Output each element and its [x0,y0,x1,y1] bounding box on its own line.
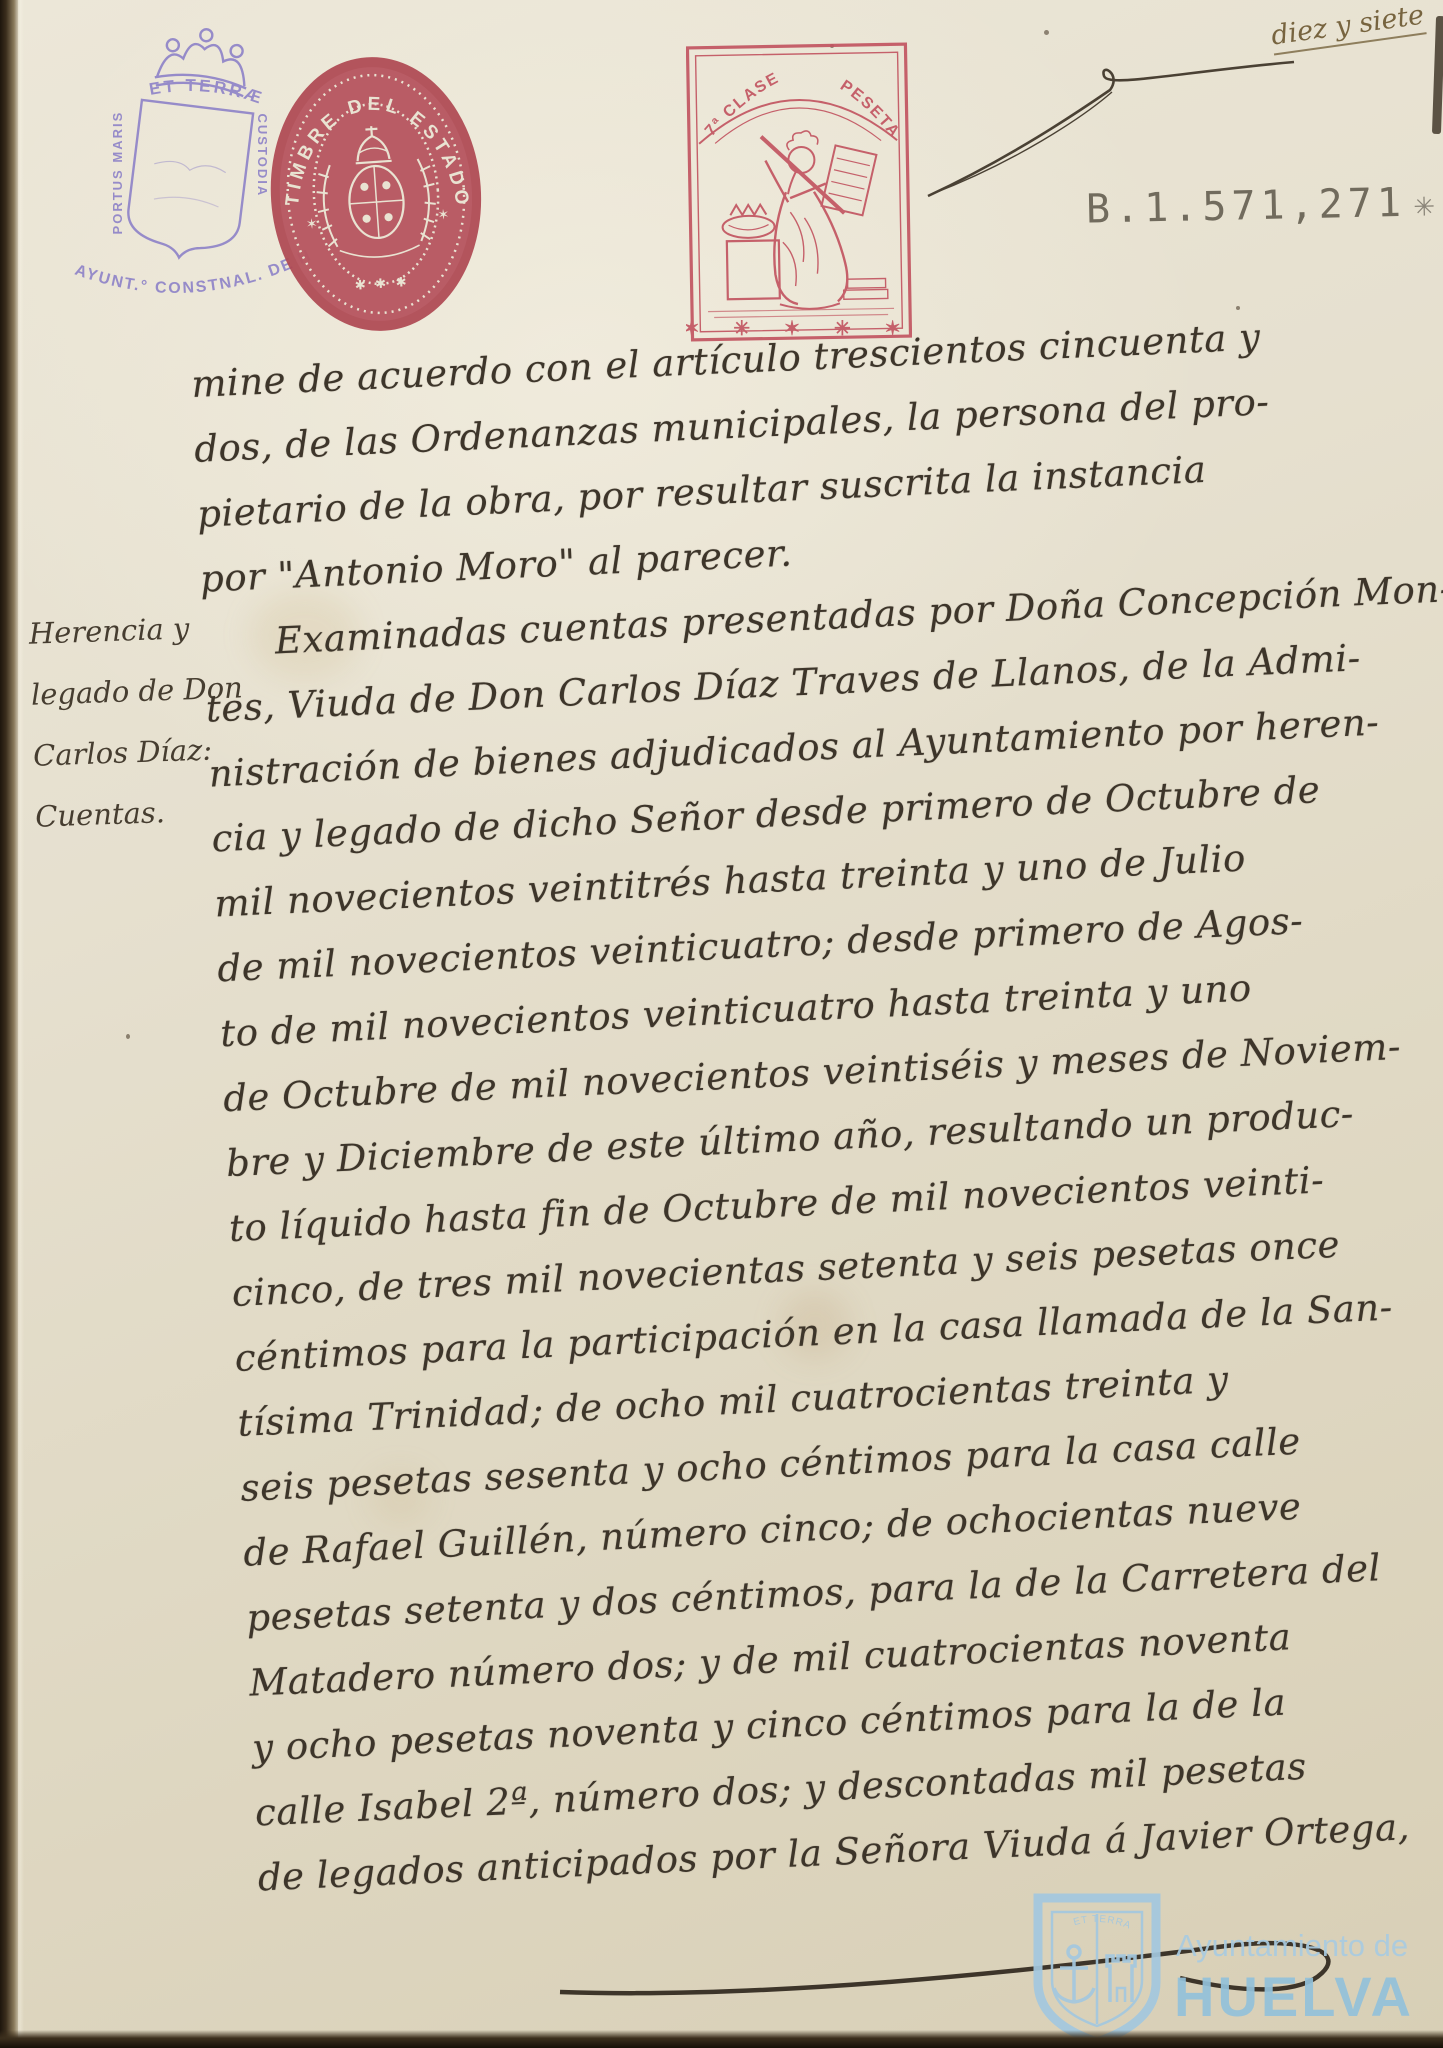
pen-flourish-bottom [560,1943,1328,1993]
binding-edge-highlight [18,0,24,2048]
document-page: ET TERRÆ PORTUS MARIS CUSTODIA AYUNT.° C… [0,0,1443,2048]
ink-flourishes [0,0,1443,2048]
page-bottom-edge [0,2030,1443,2048]
pen-flourish-top [928,62,1294,196]
binding-edge [0,0,20,2048]
